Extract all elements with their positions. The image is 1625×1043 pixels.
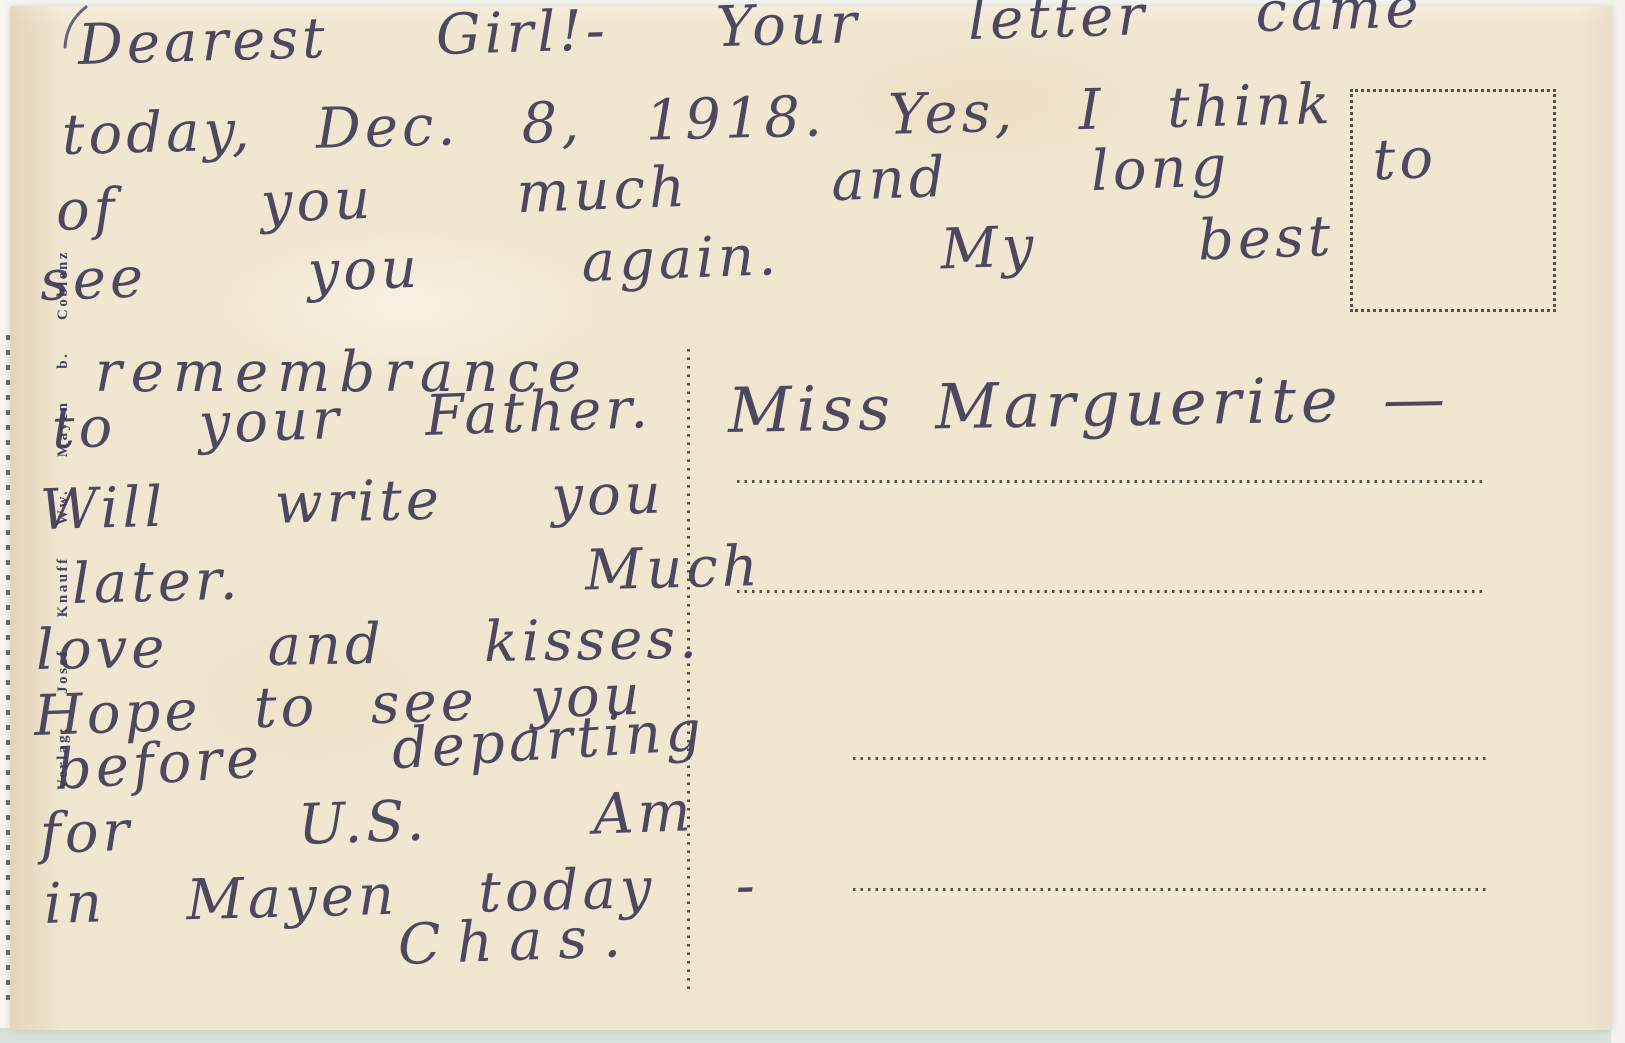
scanner-bed-strip: [0, 1028, 1625, 1043]
address-rule-line: [737, 590, 1487, 593]
stamp-box: [1350, 89, 1556, 312]
scanned-postcard: Verlag: Josef Knauff Ww. Mayen b. Coblen…: [0, 0, 1625, 1043]
address-rule-line: [853, 757, 1486, 760]
addressee-line: Miss Marguerite —: [727, 365, 1450, 445]
perforated-edge: [6, 335, 10, 1003]
address-rule-line: [853, 888, 1486, 891]
scan-margin: [1611, 0, 1625, 1043]
address-rule-line: [737, 480, 1487, 483]
signature: Chas.: [397, 905, 729, 977]
